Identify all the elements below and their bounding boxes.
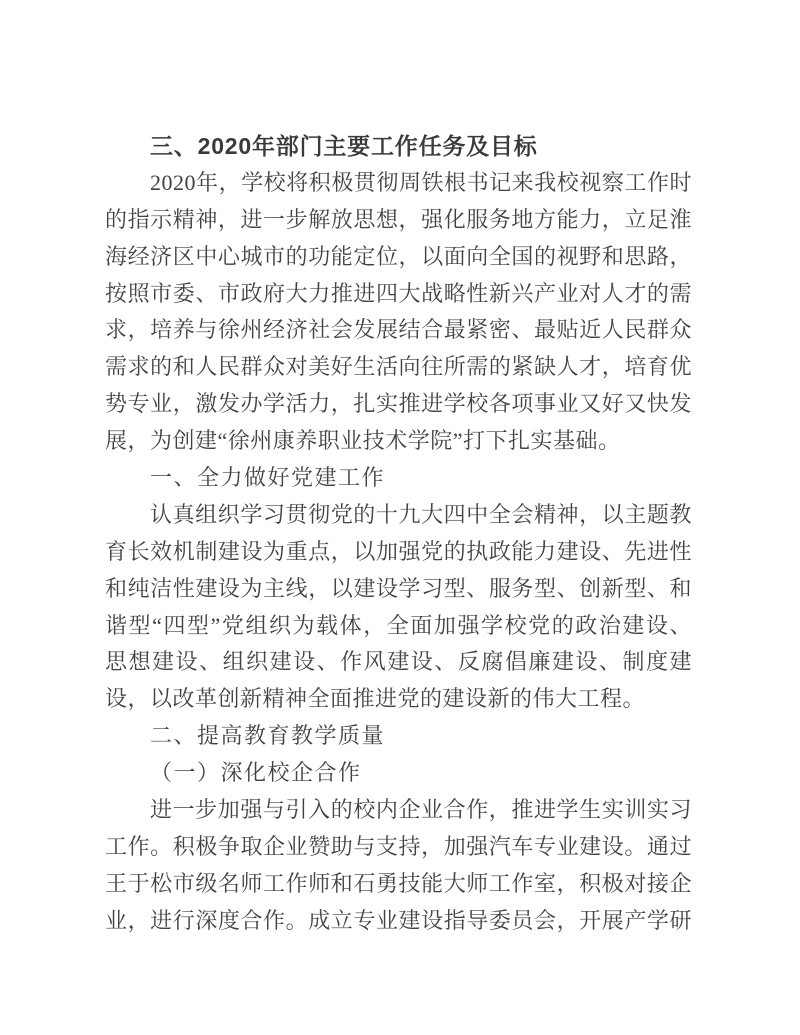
- text-line: 思想建设、组织建设、作风建设、反腐倡廉建设、制度建: [105, 644, 692, 681]
- subsection-heading: 二、提高教育教学质量: [105, 718, 692, 755]
- text-line: 展，为创建“徐州康养职业技术学院”打下扎实基础。: [105, 423, 692, 460]
- text-line: 业，进行深度合作。成立专业建设指导委员会，开展产学研: [105, 903, 692, 940]
- text-line: 进一步加强与引入的校内企业合作，推进学生实训实习: [105, 792, 692, 829]
- text-line: 求，培养与徐州经济社会发展结合最紧密、最贴近人民群众: [105, 312, 692, 349]
- text-line: 谐型“四型”党组织为载体，全面加强学校党的政治建设、: [105, 608, 692, 645]
- text-line: 的指示精神，进一步解放思想，强化服务地方能力，立足淮: [105, 202, 692, 239]
- subsection-heading: 一、全力做好党建工作: [105, 460, 692, 497]
- document-page: 三、2020年部门主要工作任务及目标2020年，学校将积极贯彻周铁根书记来我校视…: [0, 0, 800, 1035]
- text-line: 工作。积极争取企业赞助与支持，加强汽车专业建设。通过: [105, 829, 692, 866]
- document-body: 三、2020年部门主要工作任务及目标2020年，学校将积极贯彻周铁根书记来我校视…: [105, 128, 692, 940]
- text-line: 设，以改革创新精神全面推进党的建设新的伟大工程。: [105, 681, 692, 718]
- text-line: 和纯洁性建设为主线，以建设学习型、服务型、创新型、和: [105, 571, 692, 608]
- text-line: 势专业，激发办学活力，扎实推进学校各项事业又好又快发: [105, 386, 692, 423]
- text-line: 按照市委、市政府大力推进四大战略性新兴产业对人才的需: [105, 276, 692, 313]
- text-line: 认真组织学习贯彻党的十九大四中全会精神，以主题教: [105, 497, 692, 534]
- text-line: 2020年，学校将积极贯彻周铁根书记来我校视察工作时: [105, 165, 692, 202]
- text-line: 王于松市级名师工作师和石勇技能大师工作室，积极对接企: [105, 866, 692, 903]
- text-line: 育长效机制建设为重点，以加强党的执政能力建设、先进性: [105, 534, 692, 571]
- text-line: 海经济区中心城市的功能定位，以面向全国的视野和思路，: [105, 239, 692, 276]
- section-heading: 三、2020年部门主要工作任务及目标: [105, 128, 692, 165]
- subsection-heading: （一）深化校企合作: [105, 755, 692, 792]
- text-line: 需求的和人民群众对美好生活向往所需的紧缺人才，培育优: [105, 349, 692, 386]
